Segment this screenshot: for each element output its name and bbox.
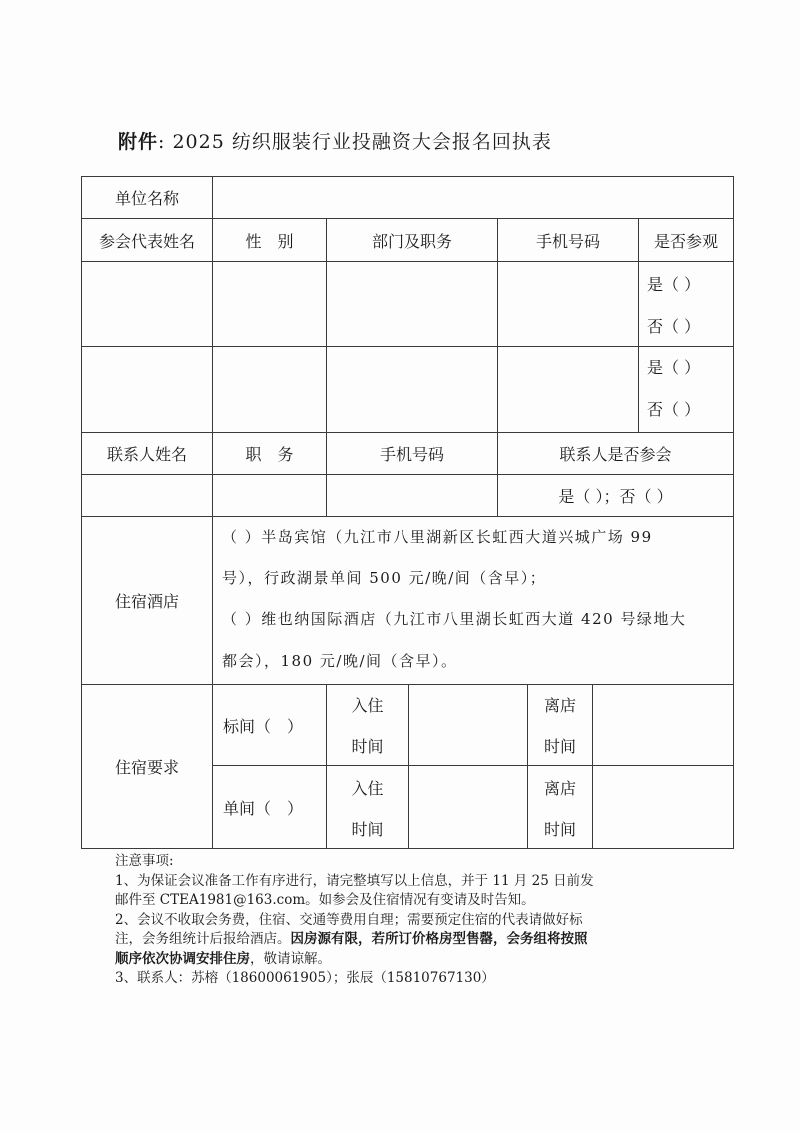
hotel-option-vienna-line2: 都会），180 元/晚/间（含早）。 <box>222 650 732 671</box>
note-3-contacts: 3、联系人：苏榕（18600061905）；张辰（15810767130） <box>115 969 735 989</box>
form-title: 2025 纺织服装行业投融资大会报名回执表 <box>172 131 551 153</box>
room-type-single[interactable]: 单间（ ） <box>213 766 326 848</box>
checkout-time-field[interactable] <box>593 766 733 848</box>
rep-name-field[interactable] <box>82 347 212 432</box>
hotel-label: 住宿酒店 <box>82 517 212 684</box>
table-border-right <box>733 176 734 849</box>
hotel-option-peninsula-line2: 号），行政湖景单间 500 元/晚/间（含早）； <box>222 567 732 588</box>
notes-heading: 注意事项: <box>115 852 735 872</box>
rep-phone-field[interactable] <box>498 347 638 432</box>
checkin-label: 入住 <box>327 692 408 716</box>
checkin-label-time: 时间 <box>327 733 408 757</box>
hotel-option-peninsula-line1[interactable]: （ ）半岛宾馆（九江市八里湖新区长虹西大道兴城广场 99 <box>222 526 732 547</box>
room-type-standard[interactable]: 标间（ ） <box>213 685 326 765</box>
checkout-time-field[interactable] <box>593 685 733 765</box>
rep-gender-field[interactable] <box>213 262 326 346</box>
note-2-line1: 2、会议不收取会务费，住宿、交通等费用自理；需要预定住宿的代表请做好标 <box>115 911 735 931</box>
rep-dept-field[interactable] <box>327 347 497 432</box>
checkout-label: 离店 <box>528 692 592 716</box>
visit-no-option[interactable]: 否（ ） <box>647 397 700 420</box>
note-2-line2: 注，会务组统计后报给酒店。因房源有限，若所订价格房型售罄，会务组将按照 <box>115 930 735 950</box>
title-colon: : <box>158 131 172 153</box>
unit-name-field[interactable] <box>213 177 733 218</box>
notes-section: 注意事项: 1、为保证会议准备工作有序进行，请完整填写以上信息，并于 11 月 … <box>115 852 735 989</box>
checkin-time-field[interactable] <box>409 685 527 765</box>
visit-yes-option[interactable]: 是（ ） <box>647 272 700 295</box>
checkin-label-time: 时间 <box>327 816 408 840</box>
page-title: 附件: 2025 纺织服装行业投融资大会报名回执表 <box>118 127 552 154</box>
header-dept-title: 部门及职务 <box>327 219 497 261</box>
contact-name-field[interactable] <box>82 475 212 516</box>
header-rep-name: 参会代表姓名 <box>82 219 212 261</box>
visit-no-option[interactable]: 否（ ） <box>647 314 700 337</box>
checkout-label-time: 时间 <box>528 733 592 757</box>
header-visit: 是否参观 <box>639 219 733 261</box>
header-contact-name: 联系人姓名 <box>82 433 212 474</box>
note-1-line1: 1、为保证会议准备工作有序进行，请完整填写以上信息，并于 11 月 25 日前发 <box>115 872 735 892</box>
header-phone: 手机号码 <box>498 219 638 261</box>
note-2-line3-text: ，敬请谅解。 <box>250 951 331 967</box>
header-contact-title: 职 务 <box>213 433 326 474</box>
note-2-line2-text: 注，会务组统计后报给酒店。 <box>115 931 291 947</box>
contact-phone-field[interactable] <box>327 475 497 516</box>
note-1-line2: 邮件至 CTEA1981@163.com。如参会及住宿情况有变请及时告知。 <box>115 891 735 911</box>
note-2-emphasis-cont: 顺序依次协调安排住房 <box>115 951 250 967</box>
note-2-line3: 顺序依次协调安排住房，敬请谅解。 <box>115 950 735 970</box>
contact-title-field[interactable] <box>213 475 326 516</box>
note-2-emphasis: 因房源有限，若所订价格房型售罄，会务组将按照 <box>291 931 588 947</box>
visit-yes-option[interactable]: 是（ ） <box>647 355 700 378</box>
checkout-label-time: 时间 <box>528 816 592 840</box>
checkout-label: 离店 <box>528 775 592 799</box>
header-contact-attend: 联系人是否参会 <box>498 433 733 474</box>
rep-name-field[interactable] <box>82 262 212 346</box>
checkin-time-field[interactable] <box>409 766 527 848</box>
checkin-label: 入住 <box>327 775 408 799</box>
contact-attend-options[interactable]: 是（ ）；否（ ） <box>498 475 733 516</box>
unit-name-label: 单位名称 <box>82 177 212 218</box>
rep-dept-field[interactable] <box>327 262 497 346</box>
attachment-prefix: 附件 <box>118 131 158 153</box>
hotel-option-vienna-line1[interactable]: （ ）维也纳国际酒店（九江市八里湖长虹西大道 420 号绿地大 <box>222 608 732 629</box>
rep-gender-field[interactable] <box>213 347 326 432</box>
lodging-label: 住宿要求 <box>82 685 212 848</box>
header-contact-phone: 手机号码 <box>327 433 497 474</box>
rep-phone-field[interactable] <box>498 262 638 346</box>
header-gender: 性 别 <box>213 219 326 261</box>
